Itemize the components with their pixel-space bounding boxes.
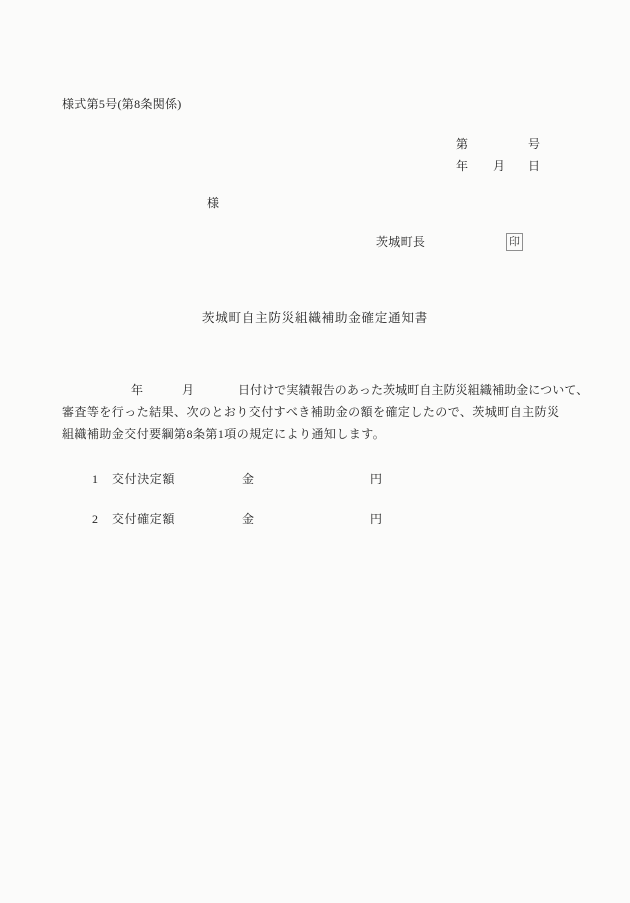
addressee-honorific: 様: [207, 195, 219, 211]
item-number: 2: [92, 511, 98, 527]
amount-item-row-confirmed: 2 交付確定額 金 円: [0, 511, 630, 527]
body-line-3: 組織補助金交付要綱第8条第1項の規定により通知します。: [62, 426, 385, 442]
body-date-year-label: 年: [131, 382, 143, 398]
date-year-label: 年: [456, 158, 468, 174]
item-label-confirmed-amount: 交付確定額: [112, 511, 175, 527]
currency-suffix-label: 円: [370, 471, 382, 487]
currency-prefix-label: 金: [242, 471, 254, 487]
body-line-2: 審査等を行った結果、次のとおり交付すべき補助金の額を確定したので、茨城町自主防災: [62, 404, 560, 420]
document-title: 茨城町自主防災組織補助金確定通知書: [0, 310, 630, 326]
form-number-label: 様式第5号(第8条関係): [62, 96, 182, 112]
item-label-decided-amount: 交付決定額: [112, 471, 175, 487]
seal-box: 印: [506, 233, 523, 251]
currency-prefix-label: 金: [242, 511, 254, 527]
body-line-1: 年 月 日付けで実績報告のあった茨城町自主防災組織補助金について、: [0, 382, 630, 398]
currency-suffix-label: 円: [370, 511, 382, 527]
date-day-label: 日: [528, 158, 540, 174]
doc-number-suffix: 号: [528, 136, 540, 152]
amount-item-row-decided: 1 交付決定額 金 円: [0, 471, 630, 487]
seal-mark: 印: [509, 237, 520, 248]
date-month-label: 月: [493, 158, 505, 174]
body-line-1-text: 日付けで実績報告のあった茨城町自主防災組織補助金について、: [238, 382, 588, 398]
item-number: 1: [92, 471, 98, 487]
mayor-title: 茨城町長: [376, 234, 425, 250]
body-date-month-label: 月: [182, 382, 194, 398]
doc-number-prefix: 第: [456, 136, 468, 152]
notice-document-page: 様式第5号(第8条関係) 第 号 年 月 日 様 茨城町長 印 茨城町自主防災組…: [0, 0, 630, 903]
